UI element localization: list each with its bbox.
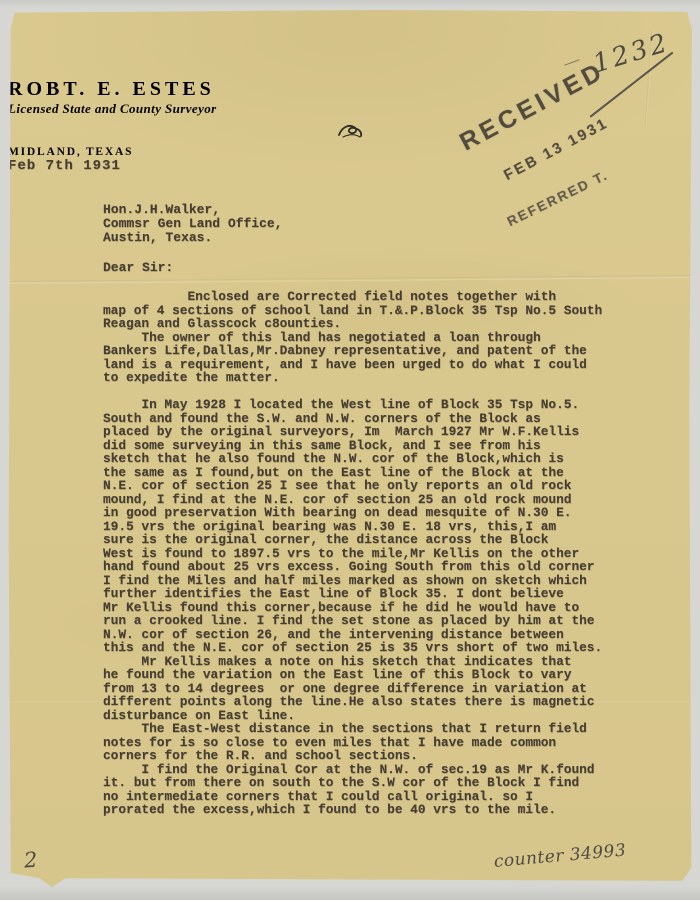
typewritten-line: further identifies the East line of Bloc… [103, 587, 602, 601]
counter-number: counter 34993 [493, 840, 627, 871]
typewritten-line: he found the variation on the East line … [103, 668, 602, 682]
handwritten-number: 1232 [590, 28, 674, 80]
typewritten-line: the same as I found,but on the East line… [103, 466, 602, 480]
typewritten-line: this and the N.E. cor of section 25 is 3… [103, 641, 602, 655]
typewritten-line: land is a requirement, and I have been u… [103, 358, 602, 372]
typewritten-line: South and found the S.W. and N.W. corner… [103, 412, 602, 426]
typewritten-line: In May 1928 I located the West line of B… [103, 398, 602, 412]
typewritten-line: sketch that he also found the N.W. cor o… [103, 452, 602, 466]
typewritten-line: 19.5 vrs the original bearing was N.30 E… [103, 520, 602, 534]
typewritten-line: N.E. cor of section 25 I see that he onl… [103, 479, 602, 493]
fold-crease-top [8, 275, 692, 284]
pencil-mark [564, 59, 580, 66]
typewritten-line: I find the Miles and half miles marked a… [103, 574, 602, 588]
typewritten-line: in good preservation With bearing on dea… [103, 506, 602, 520]
typewritten-line: run a crooked line. I find the set stone… [103, 614, 602, 628]
typewritten-line: notes for is so close to even miles that… [103, 736, 602, 750]
letter-body: Enclosed are Corrected field notes toget… [103, 290, 602, 817]
typewritten-line: no intermediate corners that I could cal… [103, 790, 602, 804]
typewritten-line: it. but from there on south to the S.W c… [103, 776, 602, 790]
recipient-line: Commsr Gen Land Office, [103, 217, 282, 231]
typewritten-line: Bankers Life,Dallas,Mr.Dabney representa… [103, 344, 602, 358]
recipient-line: Austin, Texas. [103, 231, 282, 245]
typewritten-line: to expedite the matter. [103, 371, 602, 385]
typewritten-line: The East-West distance in the sections t… [103, 722, 602, 736]
typewritten-line: The owner of this land has negotiated a … [103, 331, 602, 345]
typewritten-line: Reagan and Glasscock c8ounties. [103, 317, 602, 331]
letter-date: Feb 7th 1931 [8, 158, 692, 174]
typewritten-line: West is found to 1897.5 vrs to the mile,… [103, 547, 602, 561]
typewritten-line: Enclosed are Corrected field notes toget… [103, 290, 602, 304]
typewritten-line: prorated the excess,which I found to be … [103, 803, 602, 817]
typewritten-line: I find the Original Cor at the N.W. of s… [103, 763, 602, 777]
typewritten-line: corners for the R.R. and school sections… [103, 749, 602, 763]
recipient-line: Hon.J.H.Walker, [103, 203, 282, 217]
typewritten-line: did some surveying in this same Block, a… [103, 439, 602, 453]
typewritten-line: mound, I find at the N.E. cor of section… [103, 493, 602, 507]
salutation: Dear Sir: [103, 260, 173, 275]
page-number: 2 [23, 848, 38, 873]
recipient-address: Hon.J.H.Walker,Commsr Gen Land Office,Au… [103, 203, 282, 245]
typewritten-line: Mr Kellis found this corner,because if h… [103, 601, 602, 615]
letter-page: ROBT. E. ESTES Licensed State and County… [8, 10, 692, 887]
typewritten-line: different points along the line.He also … [103, 695, 602, 709]
typewritten-line: sure is the original corner, the distanc… [103, 533, 602, 547]
typewritten-line: hand found about 25 vrs excess. Going So… [103, 560, 602, 574]
typewritten-line: placed by the original surveyors, Im Mar… [103, 425, 602, 439]
letterhead-city: MIDLAND, TEXAS [8, 146, 692, 158]
typewritten-line: N.W. cor of section 26, and the interven… [103, 628, 602, 642]
typewritten-line: disturbance on East line. [103, 709, 602, 723]
typewritten-line: from 13 to 14 degrees or one degree diff… [103, 682, 602, 696]
typewritten-line: map of 4 sections of school land in T.&.… [103, 304, 602, 318]
typewritten-line [103, 385, 602, 399]
typewritten-line: Mr Kellis makes a note on his sketch tha… [103, 655, 602, 669]
